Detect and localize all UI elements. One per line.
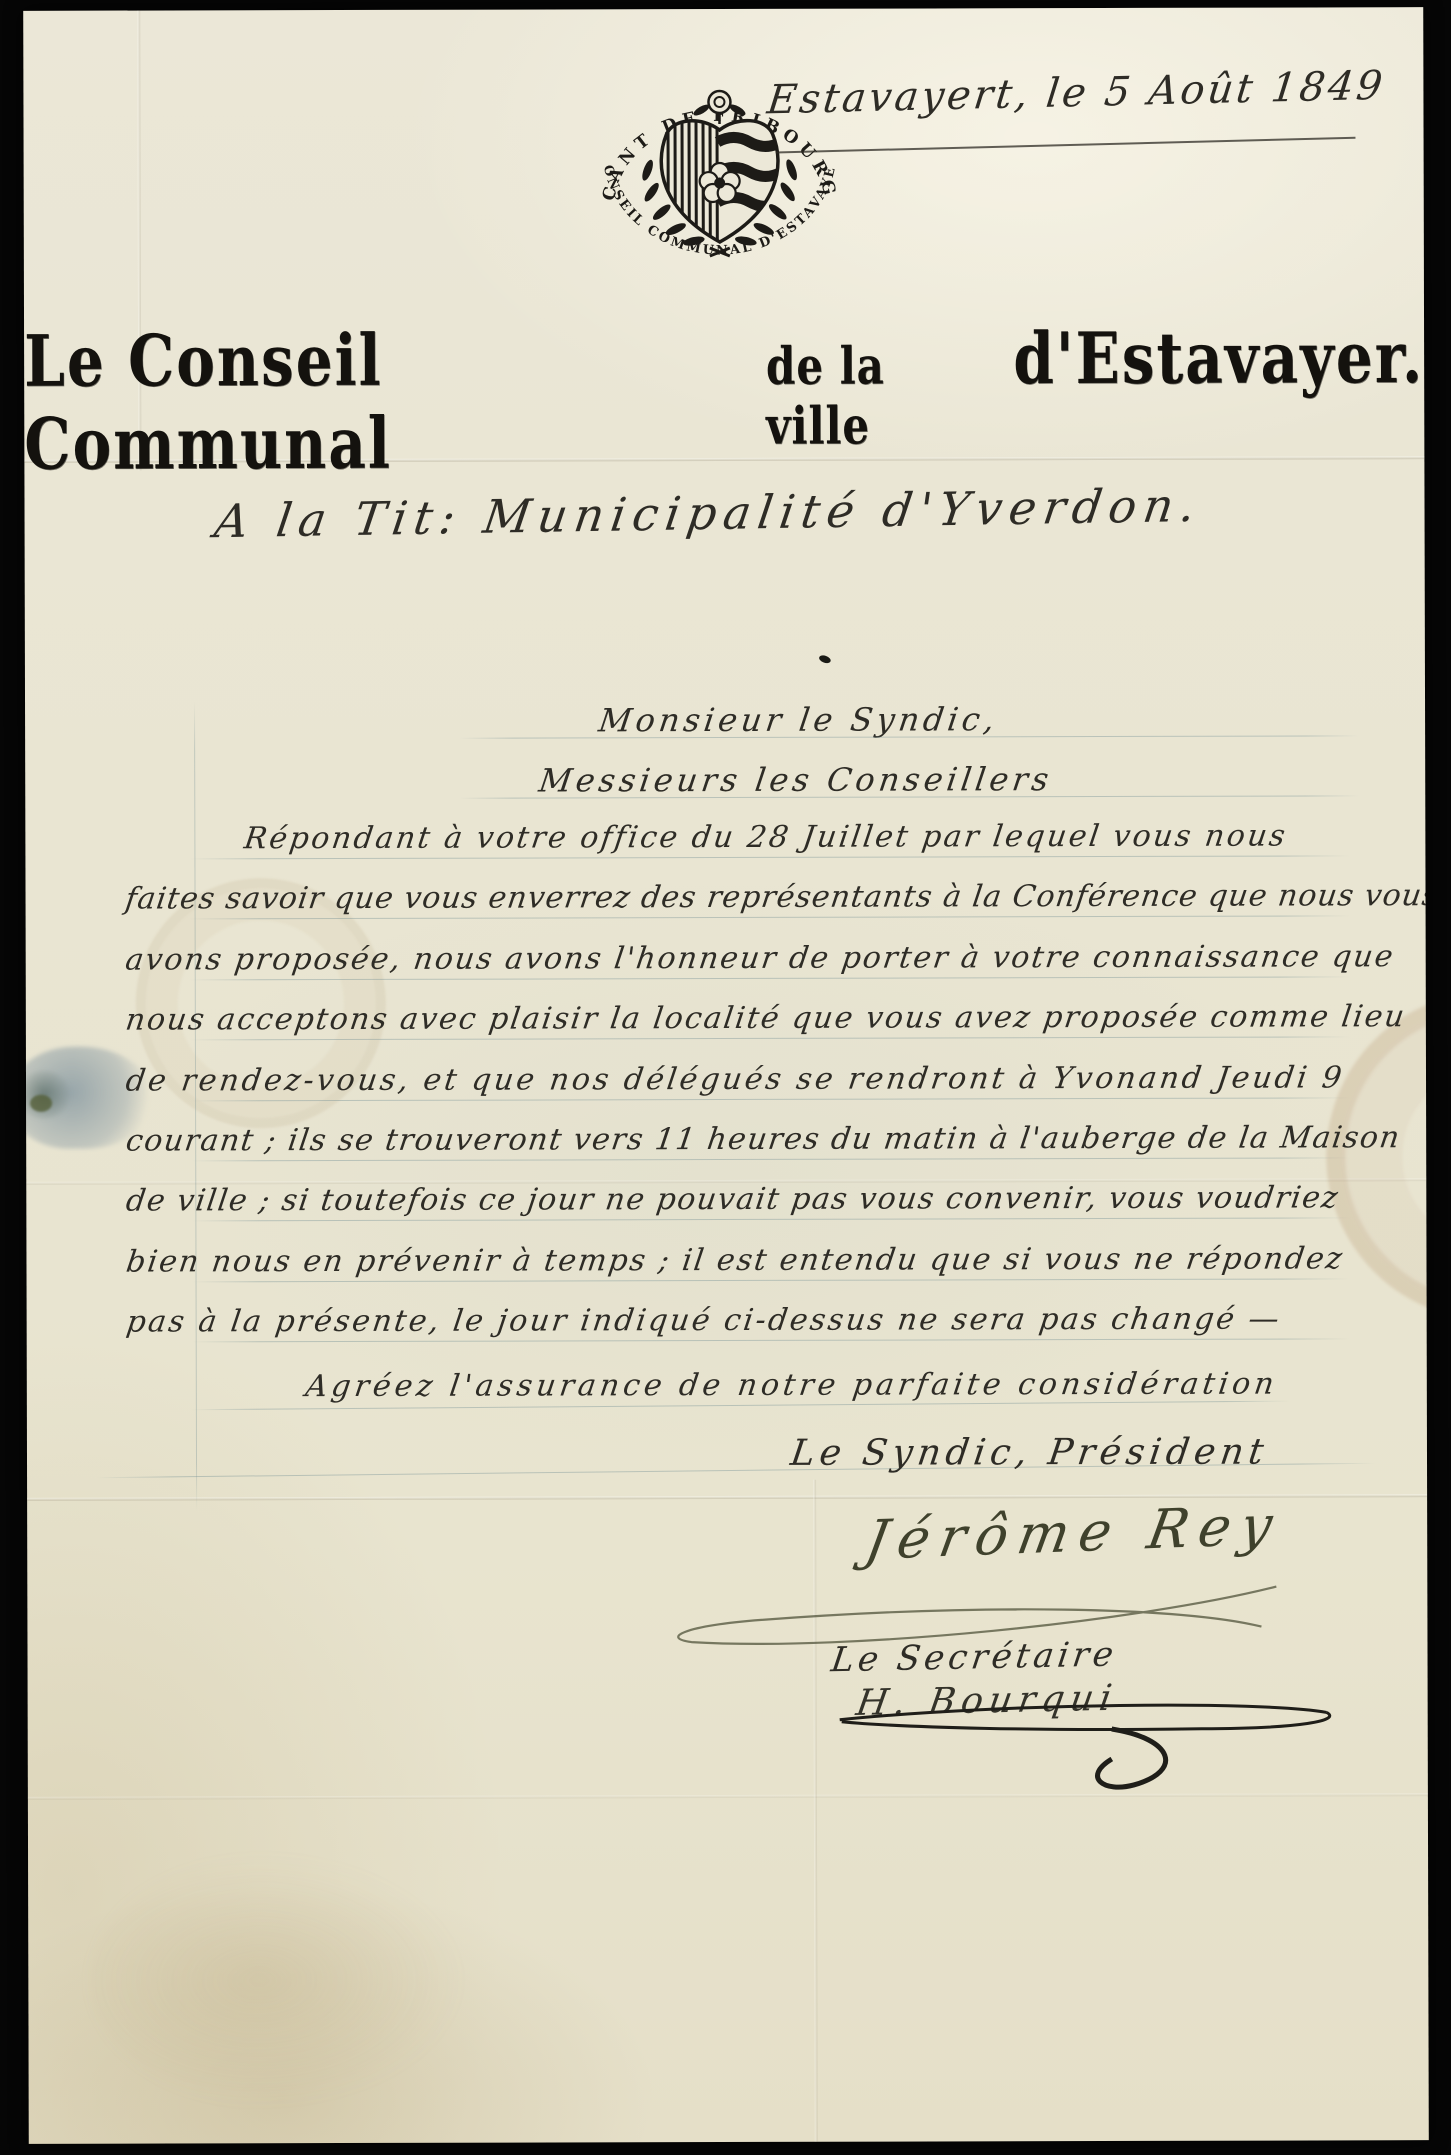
ruling-line bbox=[189, 855, 1349, 859]
dateline: Estavayert, le 5 Août 1849 bbox=[765, 63, 1388, 124]
ruling-line bbox=[190, 1217, 1350, 1221]
letterhead: Le Conseil Communal de la ville d'Estava… bbox=[24, 316, 1424, 486]
body-line: Répondant à votre office du 28 Juillet p… bbox=[242, 819, 1290, 857]
dateline-underline-flourish bbox=[776, 137, 1356, 154]
body-line: avons proposée, nous avons l'honneur de … bbox=[123, 939, 1397, 977]
body-line: de ville ; si toutefois ce jour ne pouva… bbox=[124, 1180, 1341, 1218]
ruling-line bbox=[190, 1036, 1350, 1040]
body-line: bien nous en prévenir à temps ; il est e… bbox=[124, 1241, 1346, 1279]
letterhead-part2: de la ville bbox=[766, 336, 998, 456]
salutation-syndic: Monsieur le Syndic, bbox=[596, 700, 1000, 739]
president-signature: Jérôme Rey bbox=[861, 1493, 1287, 1572]
ruling-line bbox=[190, 1157, 1350, 1161]
addressee-line: A la Tit: Municipalité d'Yverdon. bbox=[145, 477, 1273, 550]
letterhead-part3: d'Estavayer. bbox=[1013, 316, 1424, 400]
body-line: faites savoir que vous enverrez des repr… bbox=[123, 878, 1429, 916]
signature-flourish bbox=[782, 1690, 1362, 1797]
salutation-conseillers: Messieurs les Conseillers bbox=[537, 760, 1055, 799]
ruling-line bbox=[190, 976, 1350, 980]
secretary-title: Le Secrétaire bbox=[829, 1634, 1120, 1680]
closing-line: Agréez l'assurance de notre parfaite con… bbox=[303, 1367, 1280, 1405]
body-line: nous acceptons avec plaisir la localité … bbox=[123, 999, 1408, 1037]
ruling-line bbox=[190, 1097, 1350, 1101]
ink-speck bbox=[818, 654, 832, 665]
body-line: pas à la présente, le jour indiqué ci-de… bbox=[124, 1302, 1283, 1340]
aging-stain bbox=[88, 1850, 469, 2111]
ink-fleck bbox=[30, 1095, 52, 1112]
margin-line bbox=[194, 701, 197, 1511]
ruling-line bbox=[191, 1338, 1351, 1342]
letter-page: CANT DE FRIBOURG CONSEIL COMMUNAL D'ESTA… bbox=[23, 7, 1429, 2144]
ruling-line bbox=[191, 1278, 1351, 1282]
body-line: courant ; ils se trouveront vers 11 heur… bbox=[124, 1120, 1403, 1158]
body-line: de rendez-vous, et que nos délégués se r… bbox=[124, 1060, 1347, 1098]
ruling-line bbox=[190, 915, 1350, 919]
president-title: Le Syndic, Président bbox=[788, 1432, 1271, 1474]
letterhead-part1: Le Conseil Communal bbox=[24, 318, 750, 486]
